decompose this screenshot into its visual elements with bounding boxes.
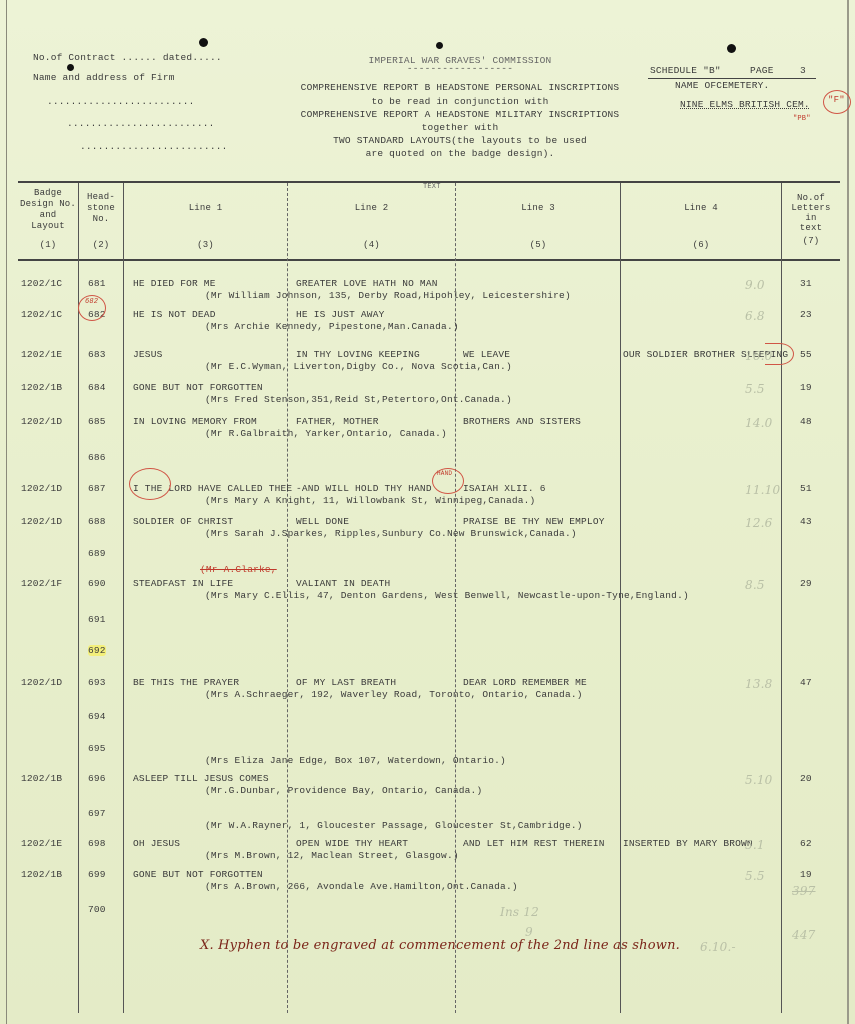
next-of-kin-address: (Mrs Eliza Jane Edge, Box 107, Waterdown… — [205, 755, 506, 766]
headstone-no: 681 — [88, 278, 106, 289]
badge-design-no: 1202/1D — [21, 483, 62, 494]
headstone-no: 691 — [88, 614, 106, 625]
cemetery-label: NAME OFCEMETERY. — [675, 80, 769, 91]
schedule-underline — [648, 78, 816, 79]
column-number: (2) — [79, 240, 123, 250]
next-of-kin-address: (Mr E.C.Wyman, Liverton,Digby Co., Nova … — [205, 361, 512, 372]
letter-count: 20 — [800, 773, 812, 784]
column-header-letters: No.of Letters in text — [782, 193, 840, 233]
pencil-measure: 13.8 — [745, 677, 773, 691]
pencil-total: 6.10.- — [700, 940, 736, 954]
pencil-sub: Ins 12 — [500, 905, 539, 919]
inscription-line-3: PRAISE BE THY NEW EMPLOY — [463, 516, 605, 527]
pencil-measure: 5.5 — [745, 382, 765, 396]
badge-design-no: 1202/1F — [21, 578, 62, 589]
column-number: (4) — [288, 240, 455, 250]
firm-dots: ......................... — [80, 141, 228, 152]
inscription-line-2: HE IS JUST AWAY — [296, 309, 385, 320]
column-header-line2: Line 2 — [288, 203, 455, 213]
headstone-no: 685 — [88, 416, 106, 427]
column-header-line3: Line 3 — [456, 203, 620, 213]
headstone-no: 698 — [88, 838, 106, 849]
contract-line: No.of Contract ...... dated..... — [33, 52, 222, 63]
next-of-kin-address: (Mrs Fred Stenson,351,Reid St,Petertoro,… — [205, 394, 512, 405]
report-line: together with — [270, 122, 650, 133]
badge-design-no: 1202/1B — [21, 382, 62, 393]
column-number: (5) — [456, 240, 620, 250]
headstone-no: 690 — [88, 578, 106, 589]
cemetery-name: NINE ELMS BRITISH CEM. — [680, 99, 810, 110]
inscription-line-3: ISAIAH XLII. 6 — [463, 483, 546, 494]
page-edge — [847, 0, 849, 1024]
badge-design-no: 1202/1D — [21, 677, 62, 688]
pencil-measure: 14.0 — [745, 416, 773, 430]
next-of-kin-address: (Mr.G.Dunbar, Providence Bay, Ontario, C… — [205, 785, 482, 796]
column-number: (1) — [18, 240, 78, 250]
next-of-kin-address: (Mr W.A.Rayner, 1, Gloucester Passage, G… — [205, 820, 583, 831]
column-divider — [781, 183, 782, 1013]
headstone-no: 683 — [88, 349, 106, 360]
next-of-kin-address: (Mr R.Galbraith, Yarker,Ontario, Canada.… — [205, 428, 447, 439]
headstone-no: 687 — [88, 483, 106, 494]
inscription-line-2: GREATER LOVE HATH NO MAN — [296, 278, 438, 289]
headstone-no: 700 — [88, 904, 106, 915]
inscription-line-3: BROTHERS AND SISTERS — [463, 416, 581, 427]
title-underline: ------------------ — [270, 63, 650, 74]
inscription-line-1: ASLEEP TILL JESUS COMES — [133, 773, 269, 784]
inscription-line-1: HE IS NOT DEAD — [133, 309, 216, 320]
inscription-line-1: BE THIS THE PRAYER — [133, 677, 239, 688]
page-number: 3 — [800, 65, 806, 76]
inscription-line-3: DEAR LORD REMEMBER ME — [463, 677, 587, 688]
punch-hole-icon — [436, 42, 443, 49]
letter-count: 47 — [800, 677, 812, 688]
badge-design-no: 1202/1E — [21, 838, 62, 849]
inscription-line-2: -AND WILL HOLD THY HAND — [296, 483, 432, 494]
badge-design-no: 1202/1D — [21, 416, 62, 427]
headstone-no: 696 — [88, 773, 106, 784]
column-header-line1: Line 1 — [124, 203, 287, 213]
inscription-line-2: IN THY LOVING KEEPING — [296, 349, 420, 360]
badge-design-no: 1202/1B — [21, 869, 62, 880]
badge-design-no: 1202/1B — [21, 773, 62, 784]
column-number: (7) — [782, 236, 840, 246]
header-bottom-rule — [18, 259, 840, 261]
pencil-measure: 6.8 — [745, 309, 765, 323]
page-edge — [6, 0, 7, 1024]
letter-count: 43 — [800, 516, 812, 527]
next-of-kin-address: (Mrs M.Brown, 12, Maclean Street, Glasgo… — [205, 850, 459, 861]
headstone-no: 699 — [88, 869, 106, 880]
headstone-no: 688 — [88, 516, 106, 527]
inscription-line-1: OH JESUS — [133, 838, 180, 849]
headstone-no: 689 — [88, 548, 106, 559]
inscription-line-1: GONE BUT NOT FORGOTTEN — [133, 382, 263, 393]
firm-label: Name and address of Firm — [33, 72, 175, 83]
punch-hole-icon — [727, 44, 736, 53]
headstone-no: 695 — [88, 743, 106, 754]
stone-682-mark: 682 — [85, 298, 98, 306]
letters-total: 447 — [792, 928, 816, 942]
pencil-measure: 8.5 — [745, 578, 765, 592]
page-label: PAGE — [750, 65, 774, 76]
inscription-line-3: WE LEAVE — [463, 349, 510, 360]
schedule-label: SCHEDULE "B" — [650, 65, 721, 76]
column-number: (6) — [621, 240, 781, 250]
report-line: COMPREHENSIVE REPORT A HEADSTONE MILITAR… — [270, 109, 650, 120]
document-page: No.of Contract ...... dated..... Name an… — [0, 0, 855, 1024]
inscription-line-2: OF MY LAST BREATH — [296, 677, 396, 688]
next-of-kin-address: (Mr A.Clarke, — [200, 564, 277, 575]
pencil-measure: 5.5 — [745, 869, 765, 883]
letter-count: 62 — [800, 838, 812, 849]
report-line: TWO STANDARD LAYOUTS(the layouts to be u… — [270, 135, 650, 146]
text-label: TEXT — [423, 183, 441, 191]
red-circle-mark — [129, 468, 171, 500]
column-header-line4: Line 4 — [621, 203, 781, 213]
inscription-line-1: GONE BUT NOT FORGOTTEN — [133, 869, 263, 880]
next-of-kin-address: (Mrs Sarah J.Sparkes, Ripples,Sunbury Co… — [205, 528, 577, 539]
inscription-line-1: IN LOVING MEMORY FROM — [133, 416, 257, 427]
report-line: COMPREHENSIVE REPORT B HEADSTONE PERSONA… — [270, 82, 650, 93]
letter-count: 31 — [800, 278, 812, 289]
letter-count: 23 — [800, 309, 812, 320]
inscription-line-1: STEADFAST IN LIFE — [133, 578, 233, 589]
next-of-kin-address: (Mrs A.Brown, 266, Avondale Ave.Hamilton… — [205, 881, 518, 892]
letter-count: 19 — [800, 382, 812, 393]
letter-count: 29 — [800, 578, 812, 589]
column-number: (3) — [124, 240, 287, 250]
next-of-kin-address: (Mrs Mary A Knight, 11, Willowbank St, W… — [205, 495, 535, 506]
inscription-line-2: WELL DONE — [296, 516, 349, 527]
cemetery-sub-mark: "PB" — [793, 115, 811, 123]
headstone-no: 686 — [88, 452, 106, 463]
letter-count: 55 — [800, 349, 812, 360]
inscription-line-4: INSERTED BY MARY BROWN — [623, 838, 753, 849]
badge-design-no: 1202/1D — [21, 516, 62, 527]
next-of-kin-address: (Mr William Johnson, 135, Derby Road,Hip… — [205, 290, 571, 301]
pencil-measure: 5.1 — [745, 838, 765, 852]
punch-hole-icon — [199, 38, 208, 47]
letter-count: 19 — [800, 869, 812, 880]
handwritten-footnote: X. Hyphen to be engraved at commencement… — [200, 938, 680, 953]
letter-count: 48 — [800, 416, 812, 427]
report-line: to be read in conjunction with — [270, 96, 650, 107]
badge-design-no: 1202/1C — [21, 309, 62, 320]
pencil-measure: 5.10 — [745, 773, 773, 787]
column-header-badge: Badge Design No. and Layout — [18, 188, 78, 232]
red-bracket-mark — [765, 343, 794, 365]
inscription-line-1: SOLDIER OF CHRIST — [133, 516, 233, 527]
inscription-line-1: HE DIED FOR ME — [133, 278, 216, 289]
next-of-kin-address: (Mrs Mary C.Ellis, 47, Denton Gardens, W… — [205, 590, 689, 601]
inscription-line-2: OPEN WIDE THY HEART — [296, 838, 408, 849]
hand-mark: HAND — [437, 470, 452, 477]
pencil-sub: 9 — [525, 925, 533, 939]
badge-design-no: 1202/1E — [21, 349, 62, 360]
inscription-line-1: JESUS — [133, 349, 163, 360]
badge-design-no: 1202/1C — [21, 278, 62, 289]
column-divider — [123, 183, 124, 1013]
headstone-no: 684 — [88, 382, 106, 393]
inscription-line-2: FATHER, MOTHER — [296, 416, 379, 427]
firm-dots: ......................... — [67, 118, 215, 129]
inscription-line-2: VALIANT IN DEATH — [296, 578, 390, 589]
next-of-kin-address: (Mrs Archie Kennedy, Pipestone,Man.Canad… — [205, 321, 459, 332]
pencil-measure: 12.6 — [745, 516, 773, 530]
report-line: are quoted on the badge design). — [270, 148, 650, 159]
struck-total: 397 — [792, 884, 816, 898]
punch-hole-icon — [67, 64, 74, 71]
headstone-no: 693 — [88, 677, 106, 688]
headstone-no: 697 — [88, 808, 106, 819]
cemetery-mark: "F" — [828, 95, 845, 105]
inscription-line-3: AND LET HIM REST THEREIN — [463, 838, 605, 849]
headstone-no: 694 — [88, 711, 106, 722]
next-of-kin-address: (Mrs A.Schraeger, 192, Waverley Road, To… — [205, 689, 583, 700]
firm-dots: ......................... — [47, 96, 195, 107]
pencil-measure: 9.0 — [745, 278, 765, 292]
column-header-stone: Head- stone No. — [79, 192, 123, 225]
pencil-measure: 11.10 — [745, 483, 780, 497]
headstone-no: 692 — [88, 645, 106, 656]
letter-count: 51 — [800, 483, 812, 494]
